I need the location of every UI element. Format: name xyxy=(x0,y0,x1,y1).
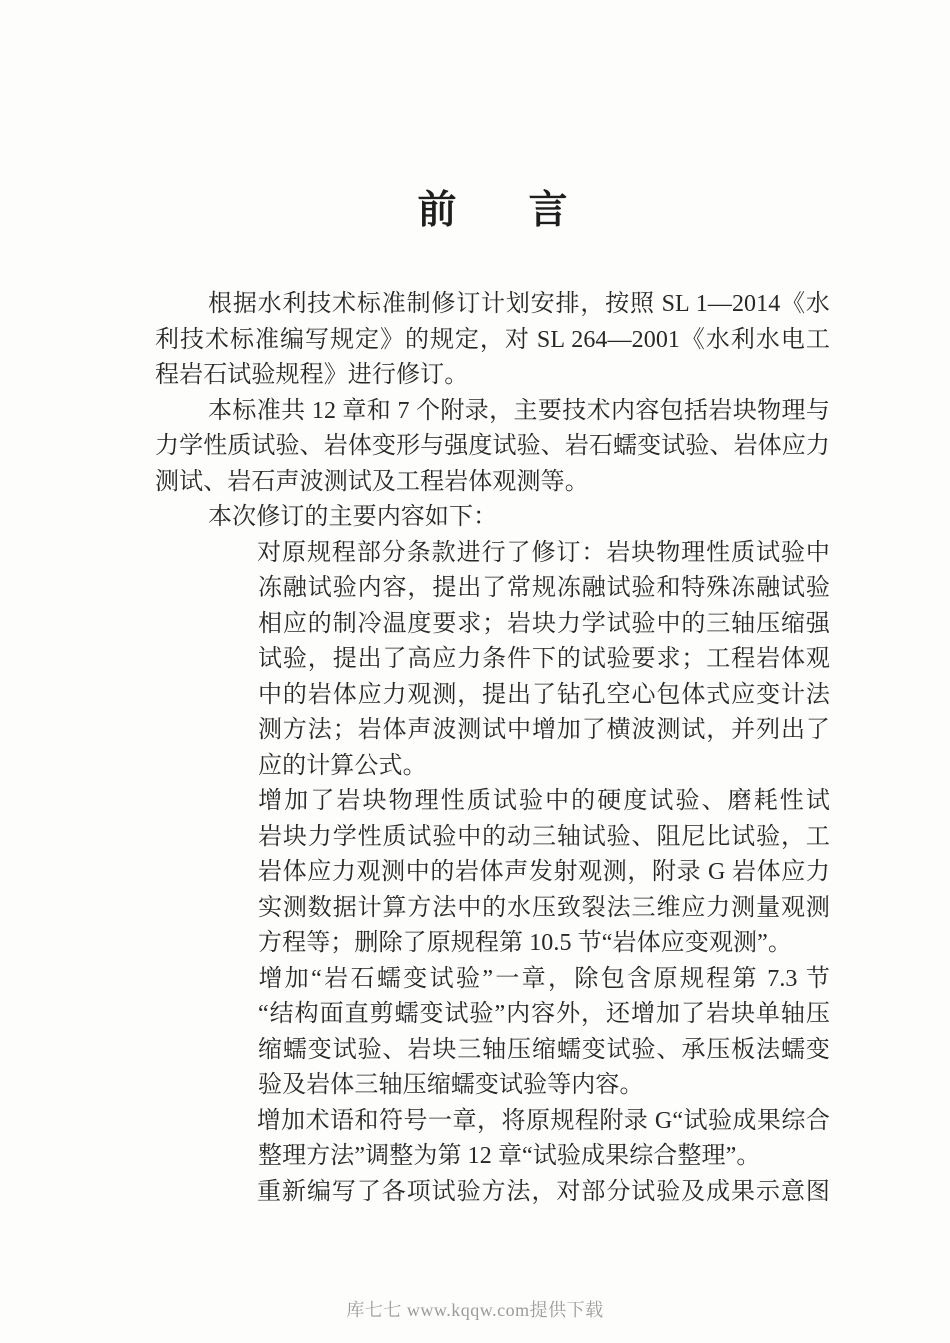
paragraph: 本标准共 12 章和 7 个附录，主要技术内容包括岩块物理与力学性质试验、岩体变… xyxy=(155,394,830,501)
text-line: 本次修订的主要内容如下： xyxy=(155,500,830,536)
text-line: 缩蠕变试验、岩块三轴压缩蠕变试验、承压板法蠕变试 xyxy=(258,1033,830,1069)
text-line: 岩块力学性质试验中的动三轴试验、阻尼比试验，工程 xyxy=(258,820,830,856)
text-line: ——对原规程部分条款进行了修订：岩块物理性质试验中的 xyxy=(258,536,830,572)
bullet-item: ——重新编写了各项试验方法，对部分试验及成果示意图进 xyxy=(155,1175,830,1211)
text-line: ——重新编写了各项试验方法，对部分试验及成果示意图进 xyxy=(258,1175,830,1211)
text-line: 冻融试验内容，提出了常规冻融试验和特殊冻融试验及 xyxy=(258,571,830,607)
text-line: 整理方法”调整为第 12 章“试验成果综合整理”。 xyxy=(258,1139,830,1175)
text-line: 中的岩体应力观测，提出了钻孔空心包体式应变计法观 xyxy=(258,678,830,714)
page-title-char-1: 前 xyxy=(417,189,456,233)
text-line: 力学性质试验、岩体变形与强度试验、岩石蠕变试验、岩体应力 xyxy=(155,429,830,465)
text-line: 应的计算公式。 xyxy=(258,749,830,785)
text-line: “结构面直剪蠕变试验”内容外，还增加了岩块单轴压 xyxy=(258,997,830,1033)
scanned-document-page: 前 言 根据水利技术标准制修订计划安排，按照 SL 1—2014《水利技术标准编… xyxy=(0,0,950,1343)
page-title: 前 言 xyxy=(155,189,830,233)
bullet-item: ——增加“岩石蠕变试验”一章，除包含原规程第 7.3 节“结构面直剪蠕变试验”内… xyxy=(155,962,830,1104)
text-line: ——增加了岩块物理性质试验中的硬度试验、磨耗性试验， xyxy=(258,784,830,820)
text-line: 实测数据计算方法中的水压致裂法三维应力测量观测值 xyxy=(258,891,830,927)
document-body: 根据水利技术标准制修订计划安排，按照 SL 1—2014《水利技术标准编写规定》… xyxy=(155,287,830,1210)
paragraph: 本次修订的主要内容如下： xyxy=(155,500,830,536)
text-line: 方程等；删除了原规程第 10.5 节“岩体应变观测”。 xyxy=(258,926,830,962)
bullet-item: ——增加术语和符号一章，将原规程附录 G“试验成果综合整理方法”调整为第 12 … xyxy=(155,1104,830,1175)
text-line: 根据水利技术标准制修订计划安排，按照 SL 1—2014《水 xyxy=(155,287,830,323)
bullet-item: ——对原规程部分条款进行了修订：岩块物理性质试验中的冻融试验内容，提出了常规冻融… xyxy=(155,536,830,785)
text-line: ——增加术语和符号一章，将原规程附录 G“试验成果综合 xyxy=(258,1104,830,1140)
text-line: 测方法；岩体声波测试中增加了横波测试，并列出了相 xyxy=(258,713,830,749)
text-line: 利技术标准编写规定》的规定，对 SL 264—2001《水利水电工 xyxy=(155,323,830,359)
text-line: 岩体应力观测中的岩体声发射观测，附录 G 岩体应力 xyxy=(258,855,830,891)
text-line: 测试、岩石声波测试及工程岩体观测等。 xyxy=(155,465,830,501)
text-line: ——增加“岩石蠕变试验”一章，除包含原规程第 7.3 节 xyxy=(258,962,830,998)
paragraph: 根据水利技术标准制修订计划安排，按照 SL 1—2014《水利技术标准编写规定》… xyxy=(155,287,830,394)
text-line: 程岩石试验规程》进行修订。 xyxy=(155,358,830,394)
page-title-char-2: 言 xyxy=(529,189,568,233)
watermark-text: 库七七 www.kqqw.com提供下载 xyxy=(0,1297,950,1323)
bullet-item: ——增加了岩块物理性质试验中的硬度试验、磨耗性试验，岩块力学性质试验中的动三轴试… xyxy=(155,784,830,962)
text-line: 本标准共 12 章和 7 个附录，主要技术内容包括岩块物理与 xyxy=(155,394,830,430)
text-line: 相应的制冷温度要求；岩块力学试验中的三轴压缩强度 xyxy=(258,607,830,643)
text-line: 验及岩体三轴压缩蠕变试验等内容。 xyxy=(258,1068,830,1104)
text-line: 试验，提出了高应力条件下的试验要求；工程岩体观测 xyxy=(258,642,830,678)
